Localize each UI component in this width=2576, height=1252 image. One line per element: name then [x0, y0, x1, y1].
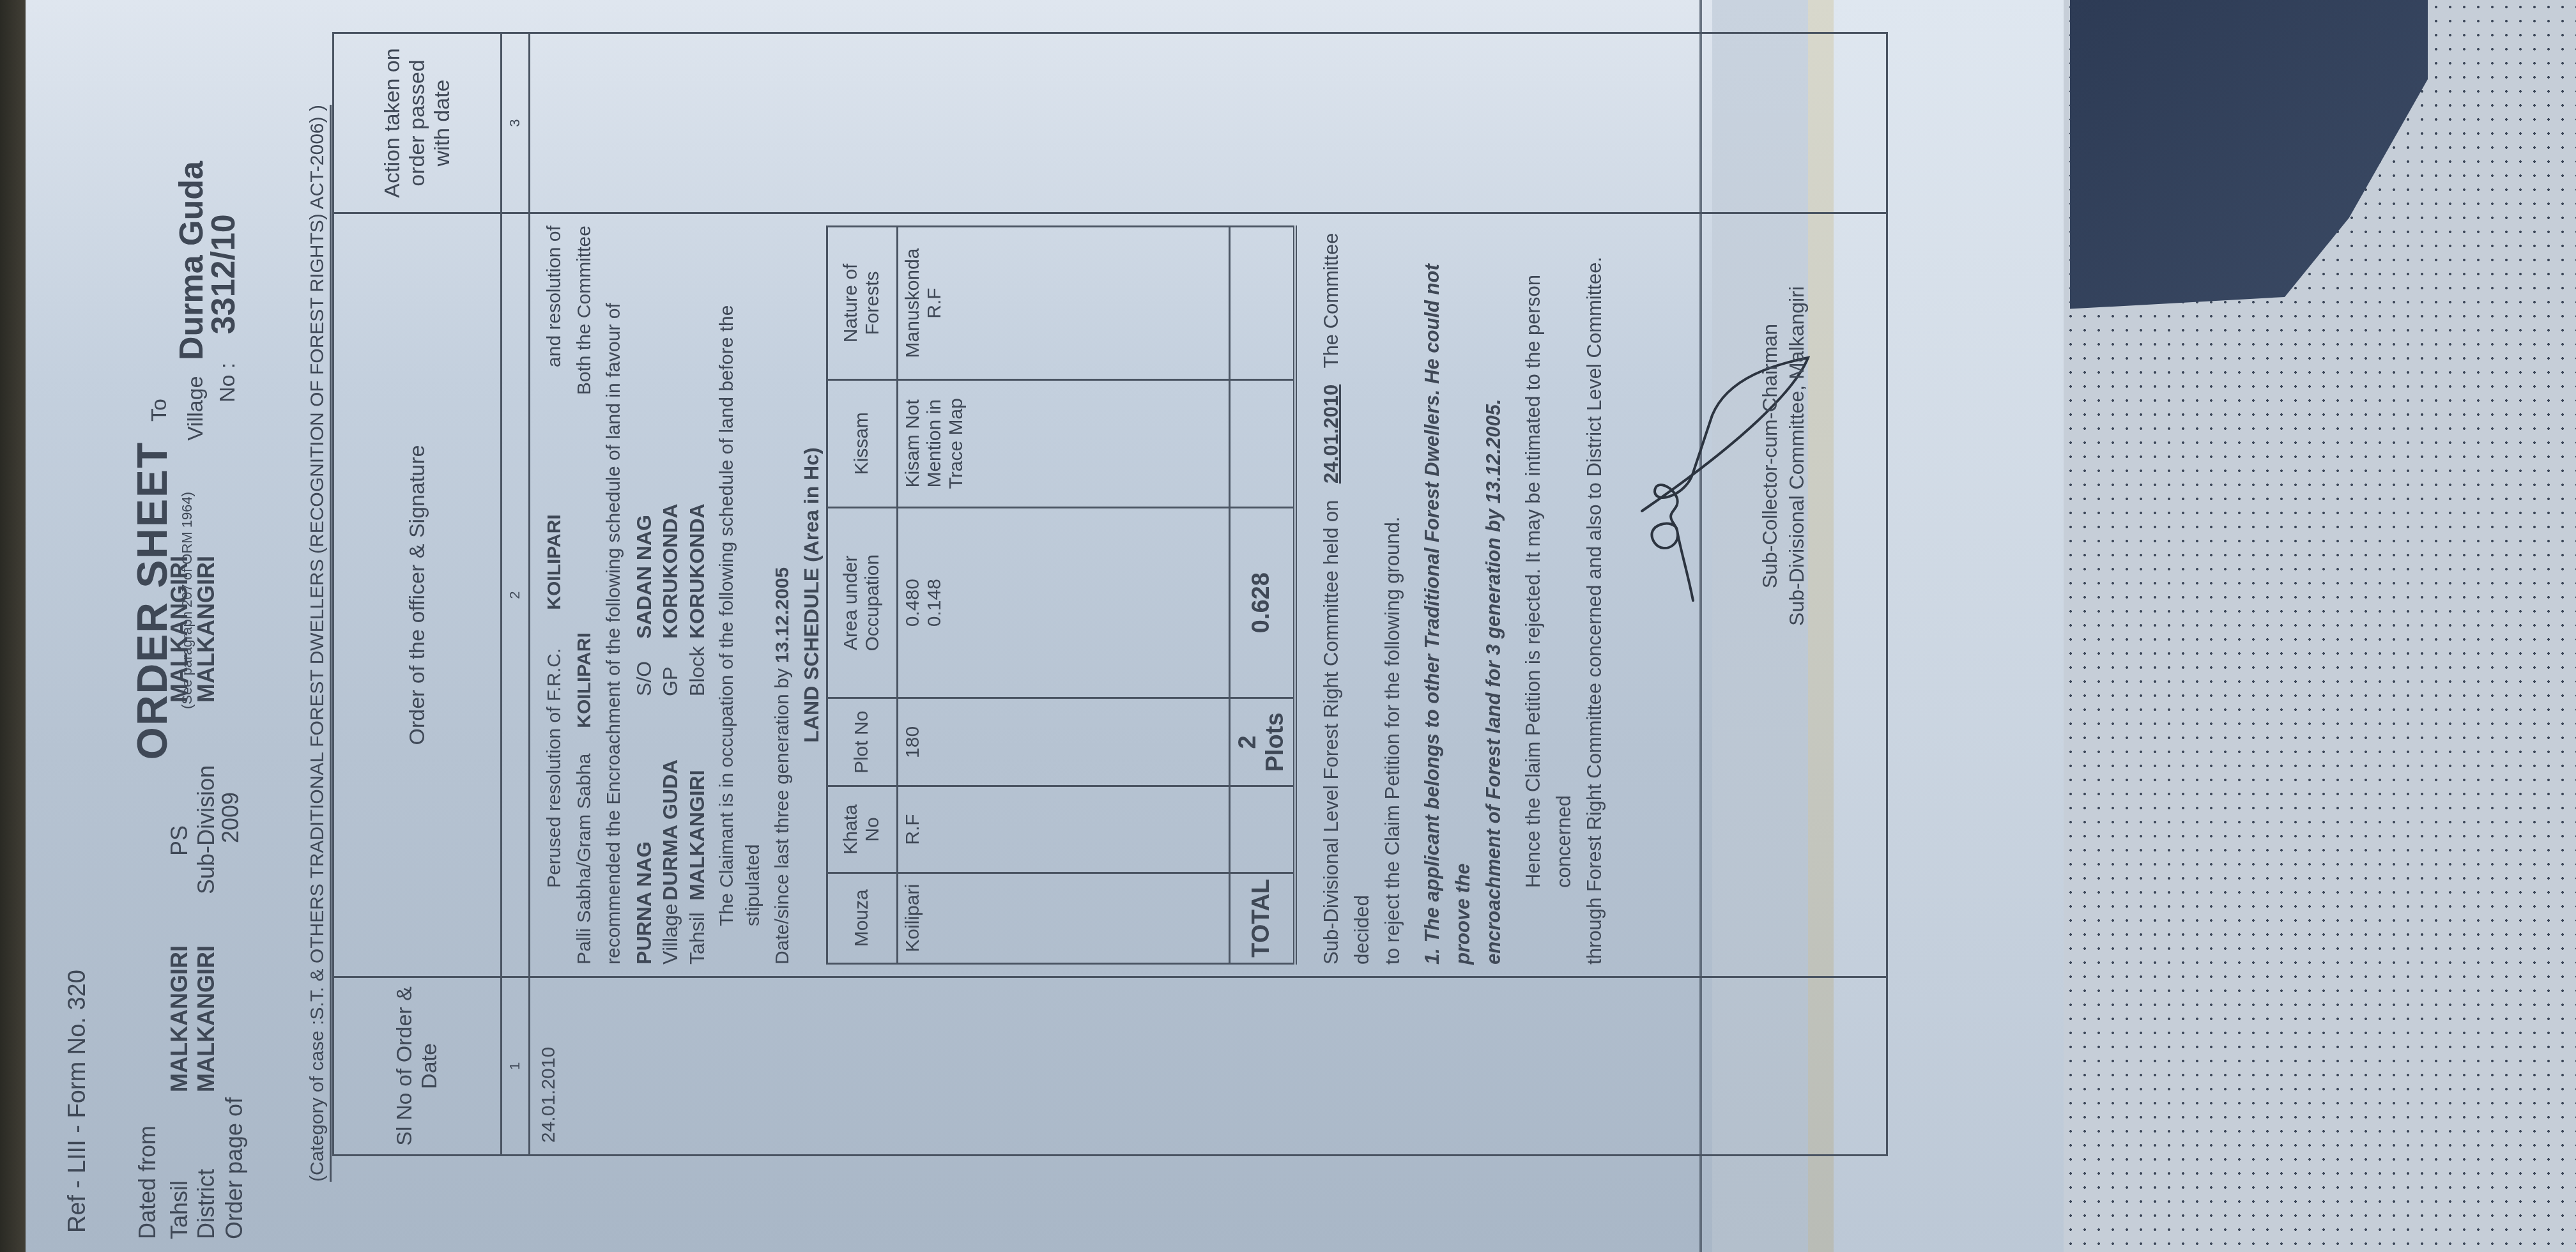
col-number-1: 1: [500, 976, 528, 1154]
rejection-text-2: through Forest Right Committee concerned…: [1579, 225, 1610, 965]
block-label: Block: [684, 639, 711, 696]
col-area: Area under Occupation: [827, 507, 897, 698]
both-committee-text: Both the Committee: [572, 225, 598, 395]
col-number-2: 2: [500, 212, 528, 976]
order-page-label: Order page of: [221, 1097, 248, 1239]
total-row: TOTAL 2 Plots 0.628: [1229, 227, 1295, 964]
nature-value: Manuskonda R.F: [897, 227, 1229, 380]
committee-decision: Sub-Divisional Level Forest Right Commit…: [1316, 225, 1610, 965]
col-khata: Khata No: [827, 786, 897, 873]
total-nature-empty: [1229, 227, 1295, 380]
decision-line-2: to reject the Claim Petition for the fol…: [1377, 225, 1408, 965]
col-plot: Plot No: [827, 698, 897, 786]
gp-label: GP: [657, 639, 684, 696]
and-resolution-text: and resolution of: [542, 225, 568, 367]
kissam-value: Kisam Not Mention in Trace Map: [897, 379, 1229, 507]
claimant-tahsil: MALKANGIRI: [684, 696, 711, 901]
area-values: 0.480 0.148: [897, 507, 1229, 698]
ground-point-1a: 1. The applicant belongs to other Tradit…: [1417, 225, 1478, 965]
rejection-text-1: Hence the Claim Petition is rejected. It…: [1518, 225, 1579, 965]
decision-intro: Sub-Divisional Level Forest Right Commit…: [1320, 500, 1342, 965]
claimant-village: DURMA GUDA: [657, 696, 684, 901]
occupation-text-2: Date/since last three generation by: [772, 668, 793, 965]
district-label: District: [193, 1169, 220, 1239]
khata-value: R.F: [897, 786, 1229, 873]
palli-sabha-text: Palli Sabha/Gram Sabha: [572, 754, 598, 965]
father-name: SADAN NAG: [631, 225, 658, 639]
subdivision-value: MALKANGIRI: [193, 556, 220, 703]
order-table: Sl No of Order & Date Order of the offic…: [332, 32, 1888, 1156]
so-label: S/O: [631, 639, 658, 696]
district-value: MALKANGIRI: [193, 945, 220, 1092]
claimant-name: PURNA NAG: [631, 696, 658, 965]
frc-name: KOILIPARI: [542, 514, 568, 609]
land-schedule-table: Mouza Khata No Plot No Area under Occupa…: [826, 225, 1297, 965]
ps-label: PS: [166, 825, 193, 856]
action-taken-cell: [528, 34, 1886, 212]
col-nature: Nature of Forests: [827, 227, 897, 380]
header-order: Order of the officer & Signature: [334, 212, 500, 976]
case-number: 3312/10: [205, 214, 242, 334]
area-value-1: 0.480: [902, 514, 924, 692]
tahsil-label-claimant: Tahsil: [684, 901, 711, 965]
meeting-date: 24.01.2010: [1320, 385, 1342, 484]
mouza-value: Koilipari: [897, 873, 1229, 963]
total-plots: 2 Plots: [1229, 698, 1295, 786]
area-value-2: 0.148: [924, 514, 946, 692]
block-value: KORUKONDA: [684, 225, 711, 639]
gp-value: KORUKONDA: [657, 225, 684, 639]
order-content: Perused resolution of F.R.C. KOILIPARI a…: [528, 212, 1886, 976]
total-khata-empty: [1229, 786, 1295, 873]
no-label: No :: [215, 363, 240, 402]
tahsil-value: MALKANGIRI: [166, 945, 193, 1092]
gram-sabha-name: KOILIPARI: [572, 632, 598, 728]
header-action: Action taken on order passed with date: [334, 34, 500, 212]
tahsil-label: Tahsil: [166, 1180, 193, 1239]
signatory-designation: Sub-Collector-cum-Chairman Sub-Divisiona…: [1757, 286, 1810, 626]
occupation-date: 13.12.2005: [772, 567, 793, 663]
perused-text: Perused resolution of F.R.C.: [542, 648, 568, 888]
form-reference: Ref - LIII - Form No. 320: [64, 970, 91, 1233]
order-date: 24.01.2010: [528, 976, 1886, 1154]
header-sl-no: Sl No of Order & Date: [334, 976, 500, 1154]
year: 2009: [217, 792, 244, 843]
col-mouza: Mouza: [827, 873, 897, 963]
ground-point-1b: encroachment of Forest land for 3 genera…: [1478, 225, 1509, 965]
total-kissam-empty: [1229, 379, 1295, 507]
occupation-text: The Claimant is in occupation of the fol…: [714, 225, 766, 965]
recommended-text: recommended the Encroachment of the foll…: [601, 225, 627, 965]
signature-block: Sub-Collector-cum-Chairman Sub-Divisiona…: [1610, 225, 1878, 965]
ps-value: MALKANGIRI: [166, 556, 193, 703]
signatory-line-2: Sub-Divisional Committee, Malkangiri: [1784, 286, 1811, 626]
case-category: (Category of case :S.T. & OTHERS TRADITI…: [307, 105, 332, 1182]
claimant-details: PURNA NAG S/O SADAN NAG Village DURMA GU…: [631, 225, 711, 965]
to-label: To: [147, 399, 172, 422]
col-kissam: Kissam: [827, 379, 897, 507]
plot-value: 180: [897, 698, 1229, 786]
signatory-line-1: Sub-Collector-cum-Chairman: [1757, 286, 1784, 626]
col-number-3: 3: [500, 34, 528, 212]
village-label-claimant: Village: [657, 901, 684, 965]
order-sheet-document: Ref - LIII - Form No. 320 ORDER SHEET (S…: [26, 0, 1719, 1252]
total-area: 0.628: [1229, 507, 1295, 698]
subdivision-label: Sub-Division: [193, 765, 220, 894]
dated-from-label: Dated from: [134, 1126, 161, 1239]
total-label: TOTAL: [1229, 873, 1295, 963]
land-schedule-title: LAND SCHEDULE (Area in Hc): [800, 225, 824, 965]
table-row: Koilipari R.F 180 0.480 0.148 Kisam Not …: [897, 227, 1229, 964]
